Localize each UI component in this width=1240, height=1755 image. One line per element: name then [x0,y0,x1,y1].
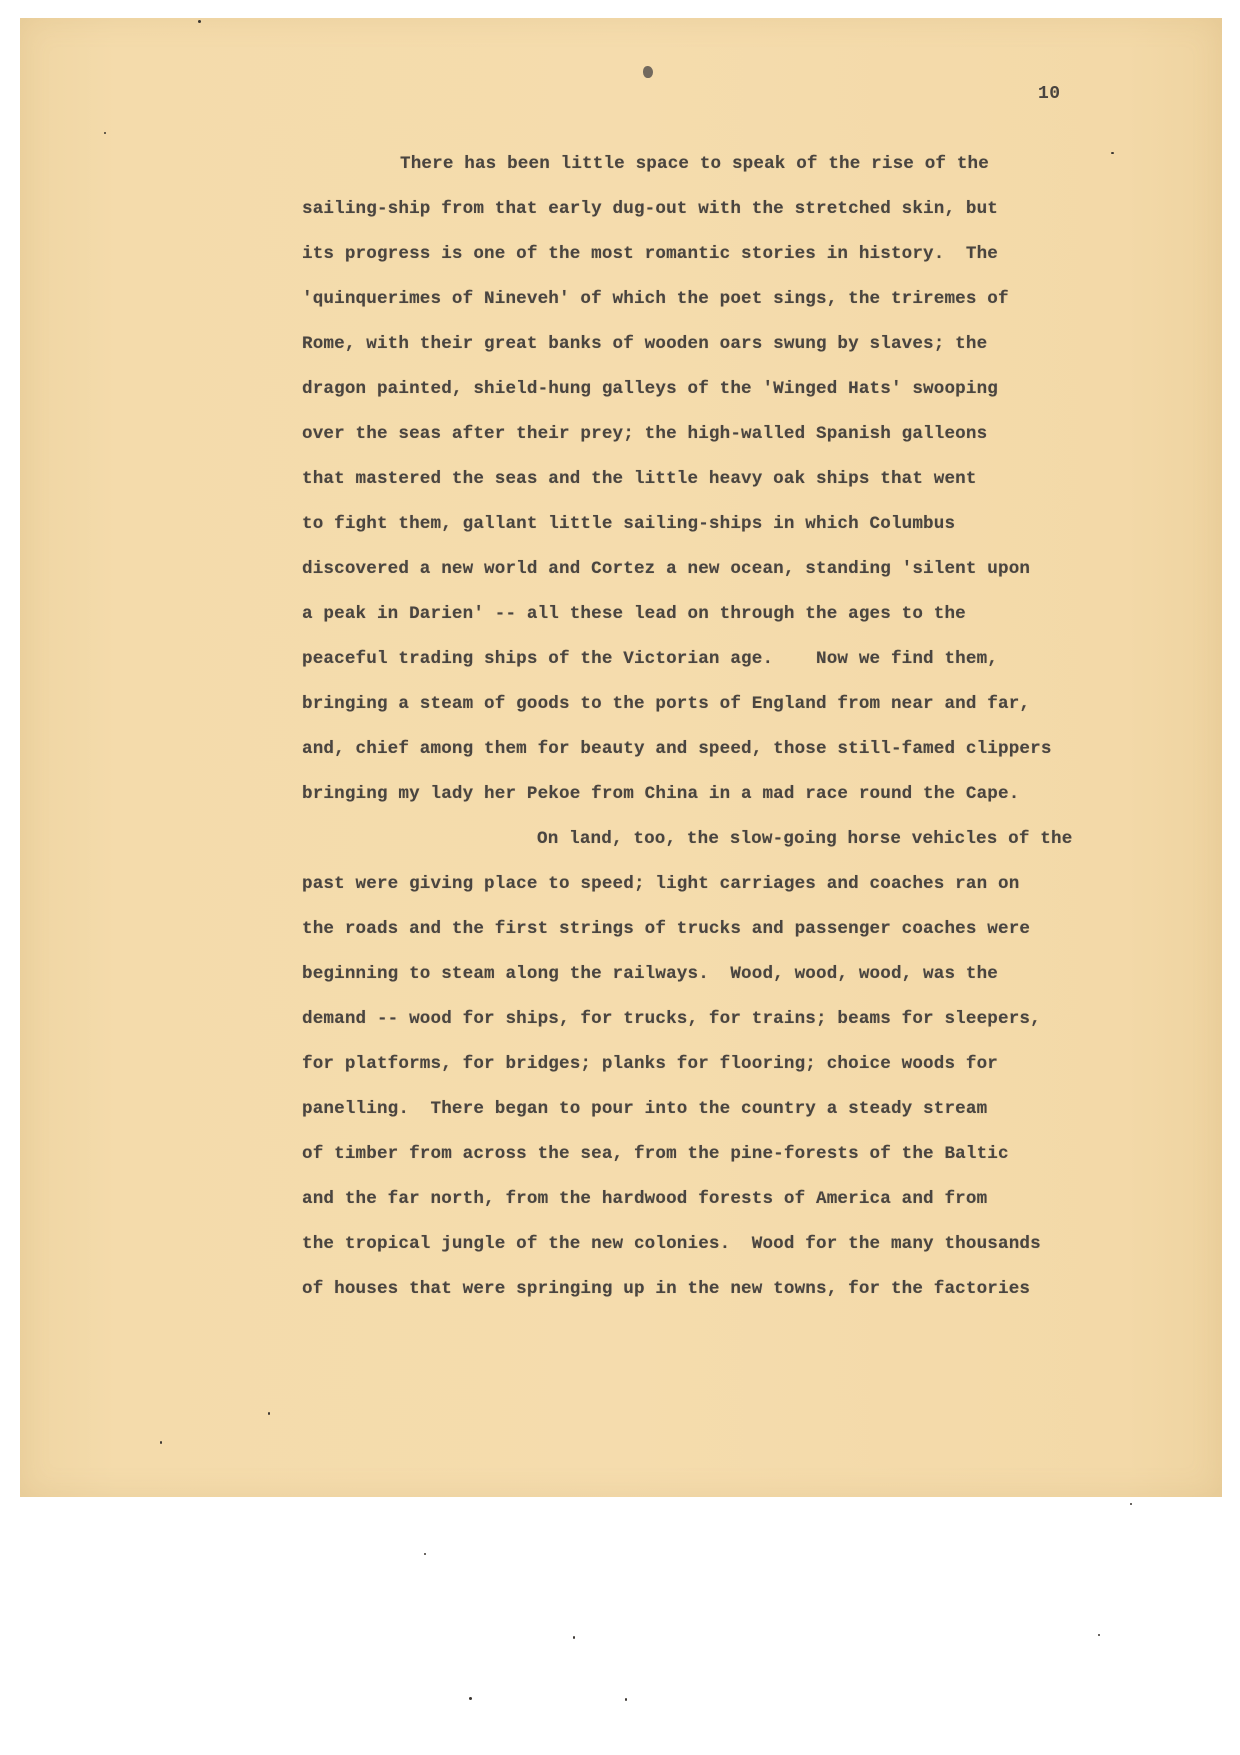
text-line: On land, too, the slow-going horse vehic… [537,828,1072,850]
text-line: dragon painted, shield-hung galleys of t… [302,378,998,400]
text-line: over the seas after their prey; the high… [302,423,987,445]
text-line: beginning to steam along the railways. W… [302,963,998,985]
text-line: a peak in Darien' -- all these lead on t… [302,603,966,625]
scan-speck [1130,1503,1132,1505]
text-line: There has been little space to speak of … [400,153,989,175]
text-line: 'quinquerimes of Nineveh' of which the p… [302,288,1009,310]
text-line: bringing my lady her Pekoe from China in… [302,783,1019,805]
scan-speck [625,1698,627,1701]
text-line: sailing-ship from that early dug-out wit… [302,198,998,220]
scan-speck [198,20,201,23]
ink-blot [643,66,653,78]
text-line: of timber from across the sea, from the … [302,1143,1009,1165]
text-line: discovered a new world and Cortez a new … [302,558,1030,580]
text-line: for platforms, for bridges; planks for f… [302,1053,998,1075]
text-line: peaceful trading ships of the Victorian … [302,648,998,670]
text-line: bringing a steam of goods to the ports o… [302,693,1030,715]
text-line: and the far north, from the hardwood for… [302,1188,987,1210]
page-number: 10 [1038,84,1061,104]
text-line: panelling. There began to pour into the … [302,1098,987,1120]
text-line: and, chief among them for beauty and spe… [302,738,1052,760]
scan-speck [268,1412,270,1415]
scan-speck [1111,152,1114,154]
scan-speck [469,1697,472,1700]
text-line: Rome, with their great banks of wooden o… [302,333,987,355]
text-line: the tropical jungle of the new colonies.… [302,1233,1041,1255]
scan-speck [1098,1634,1100,1636]
text-line: demand -- wood for ships, for trucks, fo… [302,1008,1041,1030]
text-line: that mastered the seas and the little he… [302,468,977,490]
scan-speck [424,1553,426,1555]
scan-speck [573,1636,575,1639]
text-line: its progress is one of the most romantic… [302,243,998,265]
scan-speck [104,132,106,134]
text-line: the roads and the first strings of truck… [302,918,1030,940]
text-line: of houses that were springing up in the … [302,1278,1030,1300]
scan-speck [160,1441,162,1444]
text-line: past were giving place to speed; light c… [302,873,1019,895]
text-line: to fight them, gallant little sailing-sh… [302,513,955,535]
